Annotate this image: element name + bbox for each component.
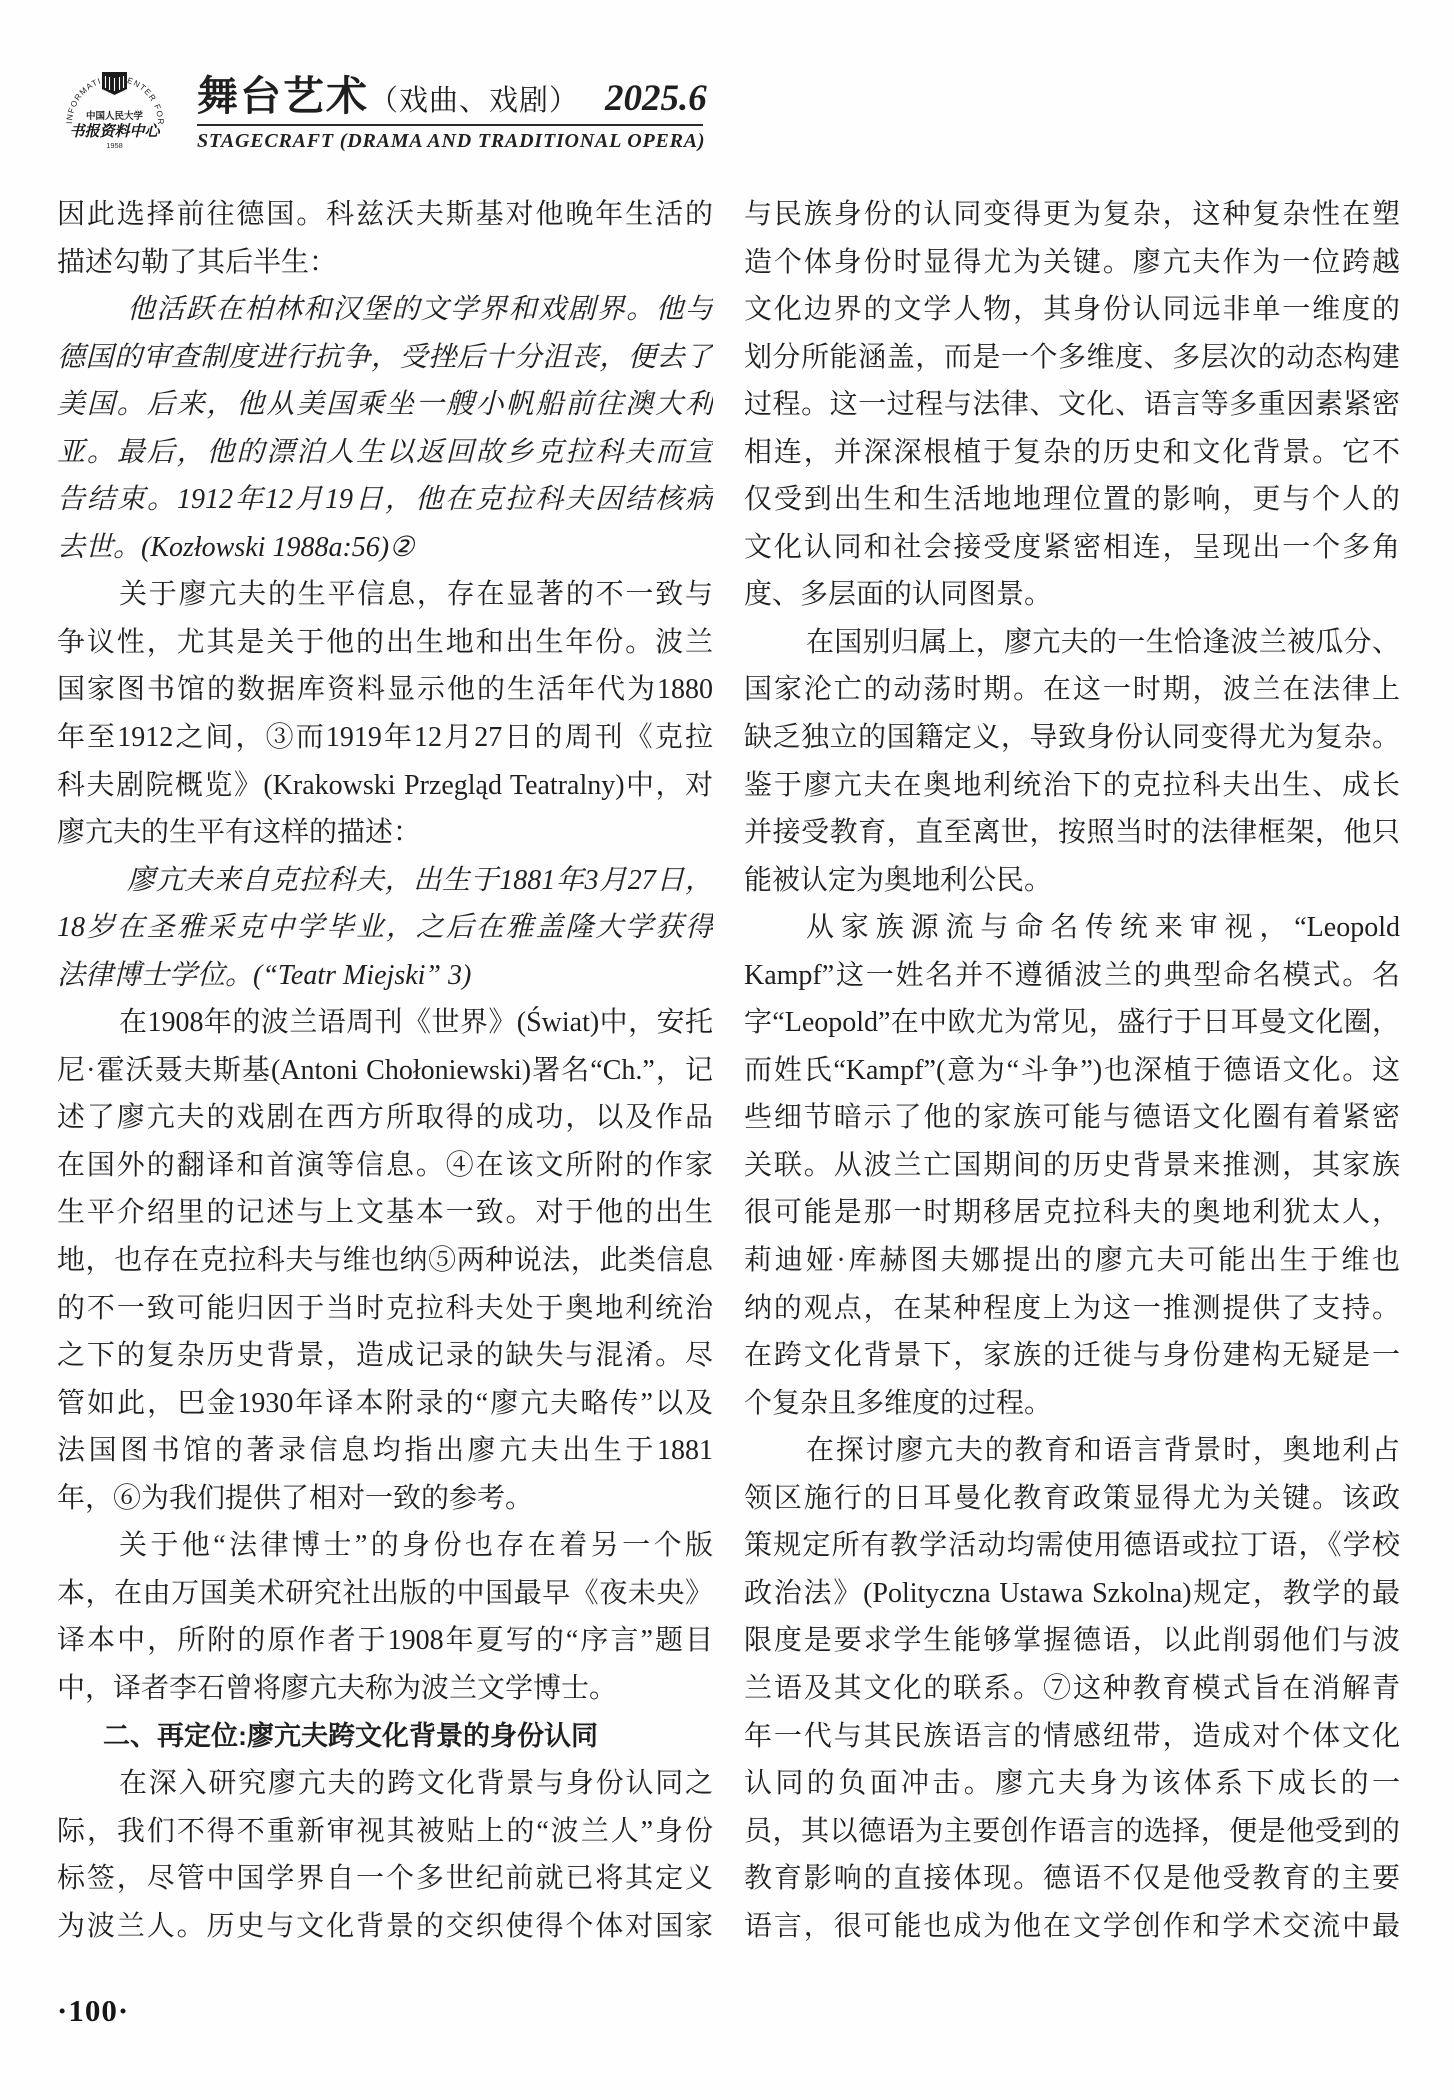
text-line: 在国别归属上，廖亢夫的一生恰逢波兰被瓜分、 — [744, 619, 1400, 667]
text-line: 为波兰人。历史与文化背景的交织使得个体对国家 — [57, 1903, 713, 1951]
seal-center-name: 书报资料中心 — [69, 122, 161, 140]
text-line: 鉴于廖亢夫在奥地利统治下的克拉科夫出生、成长 — [744, 762, 1400, 810]
text-line: 管如此，巴金1930年译本附录的“廖亢夫略传”以及 — [57, 1380, 713, 1428]
text-line: 教育影响的直接体现。德语不仅是他受教育的主要 — [744, 1855, 1400, 1903]
text-line: 德国的审查制度进行抗争，受挫后十分沮丧，便去了 — [57, 334, 713, 382]
text-line: 兰语及其文化的联系。⑦这种教育模式旨在消解青 — [744, 1665, 1400, 1713]
section-heading: 二、再定位:廖亢夫跨文化背景的身份认同 — [57, 1713, 713, 1761]
text-line: 在跨文化背景下，家族的迁徙与身份建构无疑是一 — [744, 1332, 1400, 1380]
text-line: 领区施行的日耳曼化教育政策显得尤为关键。该政 — [744, 1475, 1400, 1523]
text-line: 而姓氏“Kampf”(意为“斗争”)也深植于德语文化。这 — [744, 1047, 1400, 1095]
text-line: 能被认定为奥地利公民。 — [744, 857, 1400, 905]
text-line: 度、多层面的认同图景。 — [744, 571, 1400, 619]
seal-founding-year: 1958 — [106, 141, 123, 150]
text-line: 国家沦亡的动荡时期。在这一时期，波兰在法律上 — [744, 666, 1400, 714]
text-line: 述了廖亢夫的戏剧在西方所取得的成功，以及作品 — [57, 1094, 713, 1142]
text-line: 美国。后来，他从美国乘坐一艘小帆船前往澳大利 — [57, 381, 713, 429]
text-line: 过程。这一过程与法律、文化、语言等多重因素紧密 — [744, 381, 1400, 429]
text-line: 科夫剧院概览》(Krakowski Przegląd Teatralny)中，对 — [57, 762, 713, 810]
right-text-column: 与民族身份的认同变得更为复杂，这种复杂性在塑造个体身份时显得尤为关键。廖亢夫作为… — [744, 191, 1400, 1950]
text-line: 限度是要求学生能够掌握德语，以此削弱他们与波 — [744, 1617, 1400, 1665]
text-line: 在国外的翻译和首演等信息。④在该文所附的作家 — [57, 1142, 713, 1190]
text-line: 标签，尽管中国学界自一个多世纪前就已将其定义 — [57, 1855, 713, 1903]
left-text-column: 因此选择前往德国。科兹沃夫斯基对他晚年生活的描述勾勒了其后半生：他活跃在柏林和汉… — [57, 191, 713, 1950]
text-line: 与民族身份的认同变得更为复杂，这种复杂性在塑 — [744, 191, 1400, 239]
text-line: 法律博士学位。(“Teatr Miejski” 3) — [57, 952, 713, 1000]
text-line: 际，我们不得不重新审视其被贴上的“波兰人”身份 — [57, 1808, 713, 1856]
text-line: 字“Leopold”在中欧尤为常见，盛行于日耳曼文化圈， — [744, 999, 1400, 1047]
text-line: 策规定所有教学活动均需使用德语或拉丁语，《学校 — [744, 1522, 1400, 1570]
text-line: 关于他“法律博士”的身份也存在着另一个版 — [57, 1522, 713, 1570]
text-line: 廖亢夫的生平有这样的描述： — [57, 809, 713, 857]
text-line: 划分所能涵盖，而是一个多维度、多层次的动态构建 — [744, 334, 1400, 382]
book-icon — [102, 72, 127, 95]
text-line: 造个体身份时显得尤为关键。廖亢夫作为一位跨越 — [744, 239, 1400, 287]
text-line: 译本中，所附的原作者于1908年夏写的“序言”题目 — [57, 1617, 713, 1665]
text-line: 国家图书馆的数据库资料显示他的生活年代为1880 — [57, 666, 713, 714]
text-line: 中，译者李石曾将廖亢夫称为波兰文学博士。 — [57, 1665, 713, 1713]
page-number: ·100· — [57, 1993, 129, 2029]
text-line: 争议性，尤其是关于他的出生地和出生年份。波兰 — [57, 619, 713, 667]
journal-page: INFORMATION CENTER FOR SOCIAL SCIENCES, … — [0, 0, 1454, 2100]
text-line: 之下的复杂历史背景，造成记录的缺失与混淆。尽 — [57, 1332, 713, 1380]
journal-title-cn: 舞台艺术 — [197, 76, 369, 117]
text-line: 并接受教育，直至离世，按照当时的法律框架，他只 — [744, 809, 1400, 857]
text-line: 员，其以德语为主要创作语言的选择，便是他受到的 — [744, 1808, 1400, 1856]
text-line: 在深入研究廖亢夫的跨文化背景与身份认同之 — [57, 1760, 713, 1808]
text-line: 尼·霍沃聂夫斯基(Antoni Chołoniewski)署名“Ch.”，记 — [57, 1047, 713, 1095]
header-divider-rule — [197, 124, 703, 126]
text-line: 年，⑥为我们提供了相对一致的参考。 — [57, 1475, 713, 1523]
text-line: 因此选择前往德国。科兹沃夫斯基对他晚年生活的 — [57, 191, 713, 239]
text-line: 地，也存在克拉科夫与维也纳⑤两种说法，此类信息 — [57, 1237, 713, 1285]
seal-university-name: 中国人民大学 — [86, 110, 144, 122]
text-line: 文化认同和社会接受度紧密相连，呈现出一个多角 — [744, 524, 1400, 572]
text-line: 告结束。1912年12月19日，他在克拉科夫因结核病 — [57, 476, 713, 524]
text-line: 的不一致可能归因于当时克拉科夫处于奥地利统治 — [57, 1285, 713, 1333]
text-line: 他活跃在柏林和汉堡的文学界和戏剧界。他与 — [57, 286, 713, 334]
journal-issue-number: 2025.6 — [605, 80, 707, 117]
text-line: 年一代与其民族语言的情感纽带，造成对个体文化 — [744, 1713, 1400, 1761]
text-line: 从家族源流与命名传统来审视，“Leopold — [744, 904, 1400, 952]
text-line: 缺乏独立的国籍定义，导致身份认同变得尤为复杂。 — [744, 714, 1400, 762]
text-line: 关联。从波兰亡国期间的历史背景来推测，其家族 — [744, 1142, 1400, 1190]
text-line: 廖亢夫来自克拉科夫，出生于1881年3月27日， — [57, 857, 713, 905]
text-line: 语言，很可能也成为他在文学创作和学术交流中最 — [744, 1903, 1400, 1951]
text-line: 18岁在圣雅采克中学毕业，之后在雅盖隆大学获得 — [57, 904, 713, 952]
text-line: 很可能是那一时期移居克拉科夫的奥地利犹太人， — [744, 1189, 1400, 1237]
text-line: 生平介绍里的记述与上文基本一致。对于他的出生 — [57, 1189, 713, 1237]
text-line: 文化边界的文学人物，其身份认同远非单一维度的 — [744, 286, 1400, 334]
journal-title-en: STAGECRAFT (DRAMA AND TRADITIONAL OPERA) — [197, 130, 705, 153]
text-line: 去世。(Kozłowski 1988a:56)② — [57, 524, 713, 572]
text-line: 相连，并深深根植于复杂的历史和文化背景。它不 — [744, 429, 1400, 477]
text-line: 些细节暗示了他的家族可能与德语文化圈有着紧密 — [744, 1094, 1400, 1142]
text-line: 亚。最后，他的漂泊人生以返回故乡克拉科夫而宣 — [57, 429, 713, 477]
text-line: 描述勾勒了其后半生： — [57, 239, 713, 287]
text-line: 在1908年的波兰语周刊《世界》(Świat)中，安托 — [57, 999, 713, 1047]
text-line: 莉迪娅·库赫图夫娜提出的廖亢夫可能出生于维也 — [744, 1237, 1400, 1285]
text-line: 仅受到出生和生活地地理位置的影响，更与个人的 — [744, 476, 1400, 524]
text-line: 在探讨廖亢夫的教育和语言背景时，奥地利占 — [744, 1427, 1400, 1475]
text-line: 本，在由万国美术研究社出版的中国最早《夜未央》 — [57, 1570, 713, 1618]
text-line: 纳的观点，在某种程度上为这一推测提供了支持。 — [744, 1285, 1400, 1333]
text-line: 关于廖亢夫的生平信息，存在显著的不一致与 — [57, 571, 713, 619]
journal-masthead: 舞台艺术 （戏曲、戏剧） 2025.6 — [197, 76, 707, 117]
text-line: 法国图书馆的著录信息均指出廖亢夫出生于1881 — [57, 1427, 713, 1475]
journal-subtitle-cn: （戏曲、戏剧） — [369, 86, 579, 117]
text-line: 政治法》(Polityczna Ustawa Szkolna)规定，教学的最低 — [744, 1570, 1400, 1618]
text-line: Kampf”这一姓名并不遵循波兰的典型命名模式。名 — [744, 952, 1400, 1000]
publisher-seal-logo: INFORMATION CENTER FOR SOCIAL SCIENCES, … — [58, 56, 170, 156]
text-line: 个复杂且多维度的过程。 — [744, 1380, 1400, 1428]
text-line: 年至1912之间，③而1919年12月27日的周刊《克拉 — [57, 714, 713, 762]
text-line: 认同的负面冲击。廖亢夫身为该体系下成长的一 — [744, 1760, 1400, 1808]
